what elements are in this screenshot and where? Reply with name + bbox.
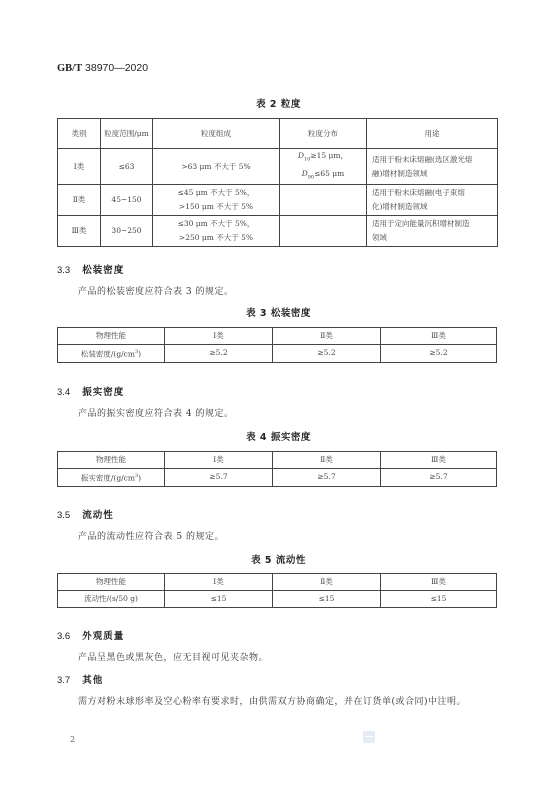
table-row: 振实密度/(g/cm3) ≥5.7 ≥5.7 ≥5.7: [58, 469, 497, 487]
table4-header-cell: Ⅲ类: [381, 452, 497, 469]
usage-line: 适用于定向能量沉积增材制造: [372, 217, 494, 231]
section-title: 其他: [82, 675, 103, 686]
value-cell: ≥5.2: [165, 345, 273, 363]
section-number: 3.5: [57, 510, 70, 521]
table-row: Ⅲ类 30~250 ≤30 μm 不大于 5%， >250 μm 不大于 5% …: [58, 216, 498, 247]
table4-tap-density: 物理性能 Ⅰ类 Ⅱ类 Ⅲ类 振实密度/(g/cm3) ≥5.7 ≥5.7 ≥5.…: [57, 451, 497, 487]
usage-line: 适用于粉末床熔融(选区激光熔: [372, 153, 494, 167]
section-title: 外观质量: [82, 631, 124, 642]
table5-header-cell: Ⅱ类: [273, 574, 381, 591]
section-text-3-7: 需方对粉末球形率及空心粉率有要求时，由供需双方协商确定，并在订货单(或合同)中注…: [78, 694, 466, 707]
table5-header-cell: Ⅰ类: [165, 574, 273, 591]
composition-line: >150 μm 不大于 5%: [156, 200, 276, 214]
section-heading-3-3: 3.3松装密度: [57, 262, 124, 276]
table2-header-cell: 粒度范围/μm: [101, 119, 153, 149]
usage-cell: 适用于定向能量沉积增材制造 领域: [367, 216, 498, 247]
section-text-3-5: 产品的流动性应符合表 5 的规定。: [78, 529, 224, 542]
page-number: 2: [70, 735, 75, 744]
section-number: 3.7: [57, 675, 70, 686]
range-cell: 30~250: [101, 216, 153, 247]
section-title: 流动性: [82, 510, 114, 521]
usage-line: 领域: [372, 231, 494, 245]
distribution-line: D90≤65 μm: [283, 167, 363, 185]
usage-line: 化)增材制造领域: [372, 200, 494, 214]
composition-cell: ≤30 μm 不大于 5%， >250 μm 不大于 5%: [153, 216, 280, 247]
section-number: 3.3: [57, 265, 70, 276]
value-cell: ≥5.7: [165, 469, 273, 487]
table5-flowability: 物理性能 Ⅰ类 Ⅱ类 Ⅲ类 流动性/(s/50 g) ≤15 ≤15 ≤15: [57, 573, 497, 608]
table3-header-row: 物理性能 Ⅰ类 Ⅱ类 Ⅲ类: [58, 328, 497, 345]
value-cell: ≥5.2: [381, 345, 497, 363]
property-label: 振实密度/(g/cm3): [58, 469, 165, 487]
table3-bulk-density: 物理性能 Ⅰ类 Ⅱ类 Ⅲ类 松装密度/(g/cm3) ≥5.2 ≥5.2 ≥5.…: [57, 327, 497, 363]
composition-line: ≤45 μm 不大于 5%，: [156, 186, 276, 200]
standard-number: 38970—2020: [85, 62, 148, 74]
section-number: 3.4: [57, 387, 70, 398]
value-cell: ≥5.7: [381, 469, 497, 487]
usage-cell: 适用于粉末床熔融(选区激光熔 融)增材制造领域: [367, 149, 498, 185]
table-row: Ⅱ类 45~150 ≤45 μm 不大于 5%， >150 μm 不大于 5% …: [58, 185, 498, 216]
table4-caption: 表 4 振实密度: [0, 429, 557, 443]
table3-header-cell: Ⅲ类: [381, 328, 497, 345]
distribution-line: D10≥15 μm，: [283, 149, 363, 167]
table2-header-cell: 粒度分布: [280, 119, 367, 149]
value-cell: ≥5.7: [273, 469, 381, 487]
table2-header-row: 类别 粒度范围/μm 粒度组成 粒度分布 用途: [58, 119, 498, 149]
section-number: 3.6: [57, 631, 70, 642]
table3-caption: 表 3 松装密度: [0, 305, 557, 319]
range-cell: 45~150: [101, 185, 153, 216]
composition-line: ≤30 μm 不大于 5%，: [156, 217, 276, 231]
table3-header-cell: 物理性能: [58, 328, 165, 345]
table-row: 松装密度/(g/cm3) ≥5.2 ≥5.2 ≥5.2: [58, 345, 497, 363]
value-cell: ≤15: [165, 591, 273, 608]
value-cell: ≤15: [381, 591, 497, 608]
range-cell: ≤63: [101, 149, 153, 185]
table5-caption: 表 5 流动性: [0, 552, 557, 566]
value-cell: ≥5.2: [273, 345, 381, 363]
class-cell: Ⅱ类: [58, 185, 101, 216]
usage-line: 融)增材制造领域: [372, 167, 494, 181]
table-row: Ⅰ类 ≤63 >63 μm 不大于 5% D10≥15 μm， D90≤65 μ…: [58, 149, 498, 185]
class-cell: Ⅲ类: [58, 216, 101, 247]
table4-header-cell: Ⅱ类: [273, 452, 381, 469]
document-icon: [363, 731, 375, 743]
property-label: 流动性/(s/50 g): [58, 591, 165, 608]
table4-header-row: 物理性能 Ⅰ类 Ⅱ类 Ⅲ类: [58, 452, 497, 469]
section-heading-3-7: 3.7其他: [57, 672, 103, 686]
table2-header-cell: 粒度组成: [153, 119, 280, 149]
section-heading-3-4: 3.4振实密度: [57, 384, 124, 398]
distribution-cell: [280, 216, 367, 247]
distribution-cell: [280, 185, 367, 216]
table2-particle-size: 类别 粒度范围/μm 粒度组成 粒度分布 用途 Ⅰ类 ≤63 >63 μm 不大…: [57, 118, 498, 247]
composition-cell: ≤45 μm 不大于 5%， >150 μm 不大于 5%: [153, 185, 280, 216]
composition-line: >63 μm 不大于 5%: [156, 160, 276, 174]
section-text-3-3: 产品的松装密度应符合表 3 的规定。: [78, 284, 233, 297]
composition-line: >250 μm 不大于 5%: [156, 231, 276, 245]
section-title: 振实密度: [82, 387, 124, 398]
table2-caption: 表 2 粒度: [0, 96, 557, 110]
usage-line: 适用于粉末床熔融(电子束熔: [372, 186, 494, 200]
table2-header-cell: 类别: [58, 119, 101, 149]
standard-code: GB/T 38970—2020: [57, 62, 148, 74]
value-cell: ≤15: [273, 591, 381, 608]
table-row: 流动性/(s/50 g) ≤15 ≤15 ≤15: [58, 591, 497, 608]
section-text-3-4: 产品的振实密度应符合表 4 的规定。: [78, 406, 233, 419]
table5-header-cell: Ⅲ类: [381, 574, 497, 591]
usage-cell: 适用于粉末床熔融(电子束熔 化)增材制造领域: [367, 185, 498, 216]
table4-header-cell: Ⅰ类: [165, 452, 273, 469]
composition-cell: >63 μm 不大于 5%: [153, 149, 280, 185]
section-heading-3-6: 3.6外观质量: [57, 628, 124, 642]
section-title: 松装密度: [82, 265, 124, 276]
table5-header-cell: 物理性能: [58, 574, 165, 591]
table3-header-cell: Ⅰ类: [165, 328, 273, 345]
distribution-cell: D10≥15 μm， D90≤65 μm: [280, 149, 367, 185]
table4-header-cell: 物理性能: [58, 452, 165, 469]
table2-header-cell: 用途: [367, 119, 498, 149]
table3-header-cell: Ⅱ类: [273, 328, 381, 345]
class-cell: Ⅰ类: [58, 149, 101, 185]
standard-prefix: GB/T: [57, 63, 82, 74]
section-heading-3-5: 3.5流动性: [57, 507, 114, 521]
property-label: 松装密度/(g/cm3): [58, 345, 165, 363]
table5-header-row: 物理性能 Ⅰ类 Ⅱ类 Ⅲ类: [58, 574, 497, 591]
section-text-3-6: 产品呈黑色或黑灰色，应无目视可见夹杂物。: [78, 650, 268, 663]
